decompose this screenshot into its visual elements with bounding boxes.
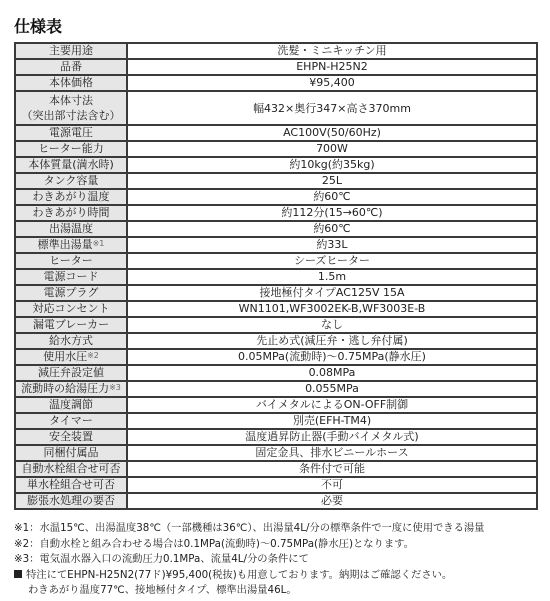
row-label-text: 減圧弁設定値 xyxy=(38,366,104,379)
special-order-note: 特注にてEHPN-H25N2(77ド)¥95,400(税抜)も用意しております。… xyxy=(14,568,550,584)
row-value: 接地極付タイプAC125V 15A xyxy=(127,285,537,301)
row-value: 温度過昇防止器(手動バイメタル式) xyxy=(127,429,537,445)
row-label: わきあがり温度 xyxy=(15,189,127,205)
row-label: 使用水圧※2 xyxy=(15,349,127,365)
row-value: AC100V(50/60Hz) xyxy=(127,125,537,141)
row-value: 別売(EFH-TM4) xyxy=(127,413,537,429)
table-row: 使用水圧※20.05MPa(流動時)～0.75MPa(静水圧) xyxy=(15,349,537,365)
table-row: 単水栓組合せ可否不可 xyxy=(15,477,537,493)
row-value: 約60℃ xyxy=(127,221,537,237)
table-row: ヒーター能力700W xyxy=(15,141,537,157)
footnote-marker: ※1 xyxy=(93,239,105,248)
table-row: 流動時の給湯圧力※30.055MPa xyxy=(15,381,537,397)
row-label-text: ヒーター能力 xyxy=(38,142,104,155)
row-label-text: タンク容量 xyxy=(44,174,99,187)
row-value: 25L xyxy=(127,173,537,189)
spec-table: 主要用途洗髮・ミニキッチン用品番EHPN-H25N2本体価格¥95,400本体寸… xyxy=(14,42,538,510)
table-row: 本体寸法（突出部寸法含む）幅432×奥行347×高さ370mm xyxy=(15,91,537,125)
table-row: 漏電ブレーカーなし xyxy=(15,317,537,333)
row-value: バイメタルによるON-OFF制御 xyxy=(127,397,537,413)
row-label-text: 安全装置 xyxy=(49,430,93,443)
row-value: 約33L xyxy=(127,237,537,253)
row-value: 0.05MPa(流動時)～0.75MPa(静水圧) xyxy=(127,349,537,365)
row-label: ヒーター能力 xyxy=(15,141,127,157)
row-value: 先止め式(減圧弁・逃し弁付属) xyxy=(127,333,537,349)
row-label-text: 本体寸法 xyxy=(49,94,93,107)
row-value: 0.055MPa xyxy=(127,381,537,397)
table-row: 電源コード1.5m xyxy=(15,269,537,285)
table-row: 自動水栓組合せ可否条件付で可能 xyxy=(15,461,537,477)
table-row: ヒーターシーズヒーター xyxy=(15,253,537,269)
table-row: わきあがり温度約60℃ xyxy=(15,189,537,205)
row-label: 温度調節 xyxy=(15,397,127,413)
row-label-text: 主要用途 xyxy=(49,44,93,57)
row-label-subtext: （突出部寸法含む） xyxy=(22,109,121,122)
row-label-text: 電源電圧 xyxy=(49,126,93,139)
row-value: 1.5m xyxy=(127,269,537,285)
table-row: 膨張水処理の要否必要 xyxy=(15,493,537,509)
footnote-marker: ※3 xyxy=(109,383,121,392)
row-label-text: 本体価格 xyxy=(49,76,93,89)
table-row: 品番EHPN-H25N2 xyxy=(15,59,537,75)
row-label: 自動水栓組合せ可否 xyxy=(15,461,127,477)
row-label: 電源プラグ xyxy=(15,285,127,301)
row-value: 必要 xyxy=(127,493,537,509)
footnote-1: ※1：水温15℃、出湯温度38℃（一部機種は36℃）、出湯量4L/分の標準条件で… xyxy=(14,521,550,537)
row-label: 給水方式 xyxy=(15,333,127,349)
row-value: なし xyxy=(127,317,537,333)
special-order-text: 特注にてEHPN-H25N2(77ド)¥95,400(税抜)も用意しております。… xyxy=(26,569,452,581)
row-label: 膨張水処理の要否 xyxy=(15,493,127,509)
table-row: わきあがり時間約112分(15→60℃) xyxy=(15,205,537,221)
row-label: 単水栓組合せ可否 xyxy=(15,477,127,493)
row-label: 流動時の給湯圧力※3 xyxy=(15,381,127,397)
row-value: シーズヒーター xyxy=(127,253,537,269)
row-label: 漏電ブレーカー xyxy=(15,317,127,333)
row-label: わきあがり時間 xyxy=(15,205,127,221)
footnote-marker: ※2 xyxy=(87,351,99,360)
table-row: 給水方式先止め式(減圧弁・逃し弁付属) xyxy=(15,333,537,349)
table-row: タイマー別売(EFH-TM4) xyxy=(15,413,537,429)
row-value: 条件付で可能 xyxy=(127,461,537,477)
row-label: タイマー xyxy=(15,413,127,429)
row-label: ヒーター xyxy=(15,253,127,269)
row-value: 洗髮・ミニキッチン用 xyxy=(127,43,537,59)
row-label: 対応コンセント xyxy=(15,301,127,317)
row-label: 減圧弁設定値 xyxy=(15,365,127,381)
table-row: 対応コンセントWN1101,WF3002EK-B,WF3003E-B xyxy=(15,301,537,317)
table-row: タンク容量25L xyxy=(15,173,537,189)
row-value: 幅432×奥行347×高さ370mm xyxy=(127,91,537,125)
row-value: 約112分(15→60℃) xyxy=(127,205,537,221)
table-row: 本体価格¥95,400 xyxy=(15,75,537,91)
table-row: 電源電圧AC100V(50/60Hz) xyxy=(15,125,537,141)
row-value: 0.08MPa xyxy=(127,365,537,381)
row-label-text: わきあがり温度 xyxy=(33,190,110,203)
row-label: 電源電圧 xyxy=(15,125,127,141)
row-label-text: 給水方式 xyxy=(49,334,93,347)
row-label: 同梱付属品 xyxy=(15,445,127,461)
page-title: 仕様表 xyxy=(14,14,62,37)
row-label: 標準出湯量※1 xyxy=(15,237,127,253)
row-label-text: 使用水圧 xyxy=(43,350,87,363)
row-value: 固定金具、排水ビニールホース xyxy=(127,445,537,461)
row-label: 安全装置 xyxy=(15,429,127,445)
row-label-text: 同梱付属品 xyxy=(44,446,99,459)
row-label: 本体質量(満水時) xyxy=(15,157,127,173)
table-row: 安全装置温度過昇防止器(手動バイメタル式) xyxy=(15,429,537,445)
row-label: 出湯温度 xyxy=(15,221,127,237)
row-value: 約10kg(約35kg) xyxy=(127,157,537,173)
row-label-text: 流動時の給湯圧力 xyxy=(21,382,109,395)
table-row: 本体質量(満水時)約10kg(約35kg) xyxy=(15,157,537,173)
row-label-text: タイマー xyxy=(49,414,93,427)
footnotes: ※1：水温15℃、出湯温度38℃（一部機種は36℃）、出湯量4L/分の標準条件で… xyxy=(14,521,550,599)
row-label-text: 対応コンセント xyxy=(33,302,110,315)
footnote-2: ※2：自動水栓と組み合わせる場合は0.1MPa(流動時)～0.75MPa(静水圧… xyxy=(14,537,550,553)
table-row: 標準出湯量※1約33L xyxy=(15,237,537,253)
row-label: 本体価格 xyxy=(15,75,127,91)
table-row: 電源プラグ接地極付タイプAC125V 15A xyxy=(15,285,537,301)
row-value: EHPN-H25N2 xyxy=(127,59,537,75)
row-label: 品番 xyxy=(15,59,127,75)
table-row: 主要用途洗髮・ミニキッチン用 xyxy=(15,43,537,59)
row-label: タンク容量 xyxy=(15,173,127,189)
table-row: 温度調節バイメタルによるON-OFF制御 xyxy=(15,397,537,413)
row-label-text: 電源コード xyxy=(44,270,99,283)
table-row: 減圧弁設定値0.08MPa xyxy=(15,365,537,381)
row-label-text: 本体質量(満水時) xyxy=(28,158,114,171)
row-value: WN1101,WF3002EK-B,WF3003E-B xyxy=(127,301,537,317)
row-label-text: 出湯温度 xyxy=(49,222,93,235)
row-label-text: 品番 xyxy=(60,60,82,73)
row-label: 主要用途 xyxy=(15,43,127,59)
row-value: 700W xyxy=(127,141,537,157)
row-label-text: 電源プラグ xyxy=(44,286,99,299)
row-value: ¥95,400 xyxy=(127,75,537,91)
row-label-text: ヒーター xyxy=(49,254,93,267)
table-row: 出湯温度約60℃ xyxy=(15,221,537,237)
special-order-detail: わきあがり温度77℃、接地極付タイプ、標準出湯量46L。 xyxy=(14,583,550,599)
row-value: 約60℃ xyxy=(127,189,537,205)
row-value: 不可 xyxy=(127,477,537,493)
row-label: 本体寸法（突出部寸法含む） xyxy=(15,91,127,125)
row-label-text: 単水栓組合せ可否 xyxy=(27,478,115,491)
row-label-text: 温度調節 xyxy=(49,398,93,411)
row-label-text: わきあがり時間 xyxy=(33,206,110,219)
table-row: 同梱付属品固定金具、排水ビニールホース xyxy=(15,445,537,461)
footnote-3: ※3：電気温水器入口の流動圧力0.1MPa、流量4L/分の条件にて xyxy=(14,552,550,568)
square-bullet-icon xyxy=(14,570,22,578)
row-label-text: 膨張水処理の要否 xyxy=(27,494,115,507)
row-label-text: 標準出湯量 xyxy=(38,238,93,251)
row-label-text: 漏電ブレーカー xyxy=(33,318,109,331)
row-label: 電源コード xyxy=(15,269,127,285)
row-label-text: 自動水栓組合せ可否 xyxy=(22,462,121,475)
